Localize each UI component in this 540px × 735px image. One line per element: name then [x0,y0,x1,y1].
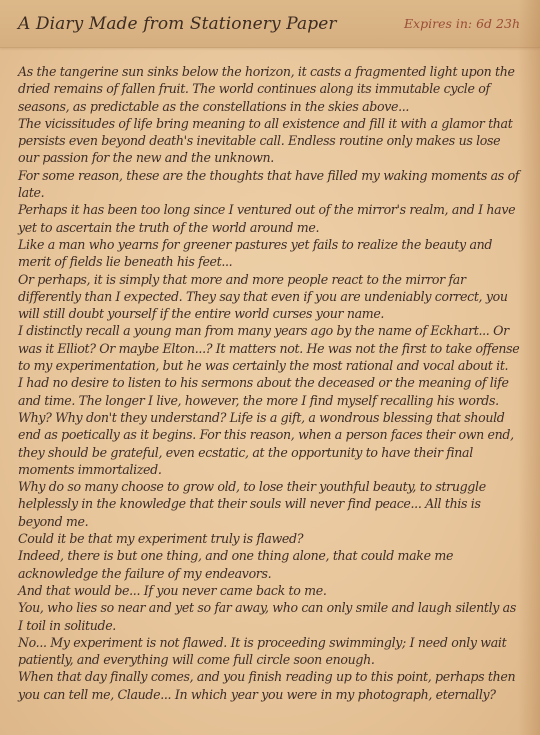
diary-paragraph: Why? Why don't they understand? Life is … [18,409,523,478]
diary-text[interactable]: As the tangerine sun sinks below the hor… [18,63,523,703]
diary-paragraph: The vicissitudes of life bring meaning t… [18,115,523,167]
expiry-timer: Expires in: 6d 23h [404,16,520,31]
diary-paragraph: And that would be... If you never came b… [18,582,523,599]
diary-page: A Diary Made from Stationery Paper Expir… [0,0,540,735]
diary-paragraph: You, who lies so near and yet so far awa… [18,599,523,634]
diary-paragraph: Could it be that my experiment truly is … [18,530,523,547]
diary-paragraph: I distinctly recall a young man from man… [18,322,523,374]
diary-paragraph: No... My experiment is not flawed. It is… [18,634,523,669]
diary-paragraph: As the tangerine sun sinks below the hor… [18,63,523,115]
diary-header: A Diary Made from Stationery Paper Expir… [0,0,540,48]
diary-paragraph: Like a man who yearns for greener pastur… [18,236,523,271]
diary-paragraph: When that day finally comes, and you fin… [18,668,523,703]
diary-title: A Diary Made from Stationery Paper [18,14,337,34]
diary-paragraph: Indeed, there is but one thing, and one … [18,547,523,582]
diary-paragraph: For some reason, these are the thoughts … [18,167,523,202]
diary-paragraph: I had no desire to listen to his sermons… [18,374,523,409]
diary-paragraph: Why do so many choose to grow old, to lo… [18,478,523,530]
diary-paragraph: Perhaps it has been too long since I ven… [18,201,523,236]
diary-paragraph: Or perhaps, it is simply that more and m… [18,271,523,323]
